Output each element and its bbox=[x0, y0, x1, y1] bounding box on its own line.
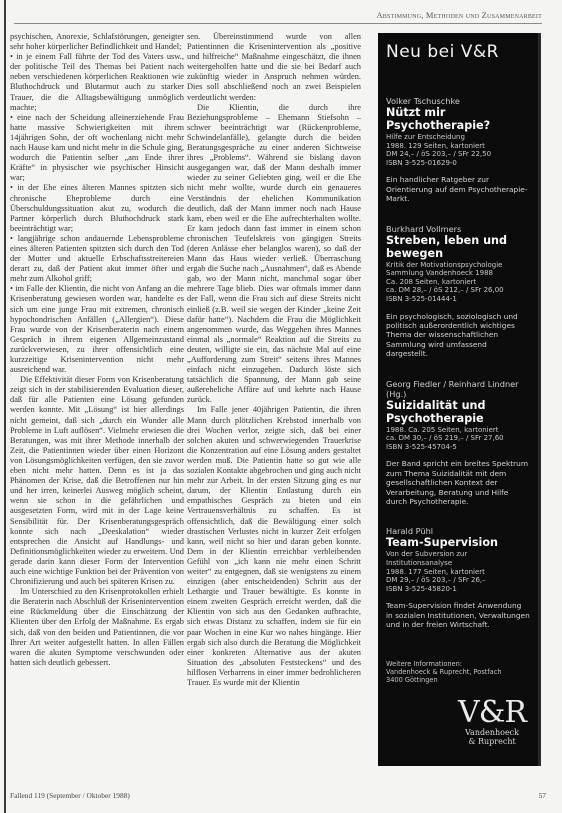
book-meta-line: Von der Subversion zur Institutionsanaly… bbox=[386, 550, 530, 567]
logo-name-line2: & Ruprecht bbox=[458, 737, 526, 746]
paragraph: eine nach der Scheidung alleinerziehende… bbox=[10, 113, 184, 184]
book-author: Volker Tschuschke bbox=[386, 96, 530, 106]
book-title: Suizidalität und Psychotherapie bbox=[386, 399, 530, 425]
book-meta-line: Ca. 208 Seiten, kartoniert bbox=[386, 278, 530, 287]
publisher-logo: V&R Vandenhoeck & Ruprecht bbox=[458, 698, 526, 746]
book-meta-line: ca. DM 28,– / öS 212,– / SFr 26,00 bbox=[386, 286, 530, 295]
book-meta-line: ISBN 3-525-45820-1 bbox=[386, 585, 530, 594]
paragraph: in der Ehe eines älteren Mannes spitzten… bbox=[10, 183, 184, 233]
book-meta: Kritik der MotivationspsychologieSammlun… bbox=[386, 261, 530, 304]
paragraph: Im Unterschied zu den Krisenprotokollen … bbox=[10, 587, 184, 668]
book-title: Nützt mir Psychotherapie? bbox=[386, 106, 530, 132]
book-meta-line: DM 24,– / öS 203,– / SFr 22,50 bbox=[386, 150, 530, 159]
logo-mark: V&R bbox=[458, 698, 526, 728]
paragraph: sen. Übereinstimmend wurde von allen Pat… bbox=[187, 32, 361, 103]
book-meta-line: ISBN 3-525-01629-0 bbox=[386, 159, 530, 168]
running-head: Abstimmung, Methoden und Zusammenarbeit bbox=[14, 11, 542, 24]
book-meta-line: DM 29,– / öS 203,– / SFr 26,– bbox=[386, 576, 530, 585]
paragraph: in je einem Fall führte der Tod des Vate… bbox=[10, 52, 184, 113]
book-meta-line: Hilfe zur Entscheidung bbox=[386, 133, 530, 142]
book-title: Streben, leben und bewegen bbox=[386, 234, 530, 260]
paragraph: im Falle der Klientin, die nicht von Anf… bbox=[10, 284, 184, 375]
book-description: Der Band spricht ein breites Spektrum zu… bbox=[386, 459, 530, 506]
text-column-left: psychischen, Anorexie, Schlafstörungen, … bbox=[10, 32, 184, 668]
book-meta-line: 1988. 129 Seiten, kartoniert bbox=[386, 142, 530, 151]
page-footer: Fallend 119 (September / Oktober 1988) 5… bbox=[10, 791, 546, 801]
book-meta: Hilfe zur Entscheidung1988. 129 Seiten, … bbox=[386, 133, 530, 167]
book-meta-line: ISBN 3-525-45704-5 bbox=[386, 443, 530, 452]
page-number: 57 bbox=[539, 791, 546, 800]
book-author: Georg Fiedler / Reinhard Lindner (Hg.) bbox=[386, 379, 530, 399]
book-meta-line: ca. DM 30,– / öS 219,– / SFr 27,60 bbox=[386, 434, 530, 443]
ad-book-entry: Georg Fiedler / Reinhard Lindner (Hg.)Su… bbox=[386, 379, 530, 507]
paragraph: Die Effektivität dieser Form von Krisenb… bbox=[10, 375, 184, 587]
book-meta-line: ISBN 3-525-01444-1 bbox=[386, 295, 530, 304]
book-author: Harald Pühl bbox=[386, 526, 530, 536]
ad-contact-info: Weitere Informationen: Vandenhoeck & Rup… bbox=[386, 660, 530, 685]
book-title: Team-Supervision bbox=[386, 536, 530, 549]
ad-info-line: Vandenhoeck & Ruprecht, Postfach bbox=[386, 668, 530, 676]
book-meta-line: Sammlung Vandenhoeck 1988 bbox=[386, 269, 530, 278]
issue-citation: Fallend 119 (September / Oktober 1988) bbox=[10, 791, 130, 800]
paragraph: Im Falle jener 40jährigen Patientin, die… bbox=[187, 405, 361, 688]
book-meta-line: 1988. Ca. 205 Seiten, kartoniert bbox=[386, 426, 530, 435]
paragraph: psychischen, Anorexie, Schlafstörungen, … bbox=[10, 32, 184, 52]
ad-info-line: Weitere Informationen: bbox=[386, 660, 530, 668]
publisher-advertisement: Neu bei V&R Volker TschuschkeNützt mir P… bbox=[378, 33, 541, 766]
book-meta-line: Kritik der Motivationspsychologie bbox=[386, 261, 530, 270]
logo-name-line1: Vandenhoeck bbox=[458, 728, 526, 737]
ad-title: Neu bei V&R bbox=[386, 42, 530, 62]
book-description: Ein handlicher Ratgeber zur Orientierung… bbox=[386, 175, 530, 203]
book-author: Burkhard Vollmers bbox=[386, 224, 530, 234]
ad-book-entry: Volker TschuschkeNützt mir Psychotherapi… bbox=[386, 96, 530, 204]
text-column-middle: sen. Übereinstimmend wurde von allen Pat… bbox=[187, 32, 361, 688]
book-description: Ein psychologisch, soziologisch und poli… bbox=[386, 312, 530, 359]
ad-book-entry: Harald PühlTeam-SupervisionVon der Subve… bbox=[386, 526, 530, 629]
ad-book-list: Volker TschuschkeNützt mir Psychotherapi… bbox=[386, 96, 530, 630]
book-meta: Von der Subversion zur Institutionsanaly… bbox=[386, 550, 530, 593]
book-description: Team-Supervision findet Anwendung in soz… bbox=[386, 601, 530, 629]
scan-edge bbox=[4, 0, 6, 813]
book-meta: 1988. Ca. 205 Seiten, kartoniertca. DM 3… bbox=[386, 426, 530, 452]
ad-book-entry: Burkhard VollmersStreben, leben und bewe… bbox=[386, 224, 530, 359]
running-head-text: Abstimmung, Methoden und Zusammenarbeit bbox=[372, 10, 542, 20]
paragraph: langjährige schon andauernde Lebensprobl… bbox=[10, 234, 184, 284]
book-meta-line: 1988. 177 Seiten, kartoniert bbox=[386, 568, 530, 577]
ad-info-line: 3400 Göttingen bbox=[386, 676, 530, 684]
paragraph: Die Klientin, die durch ihre Beziehungsp… bbox=[187, 103, 361, 406]
